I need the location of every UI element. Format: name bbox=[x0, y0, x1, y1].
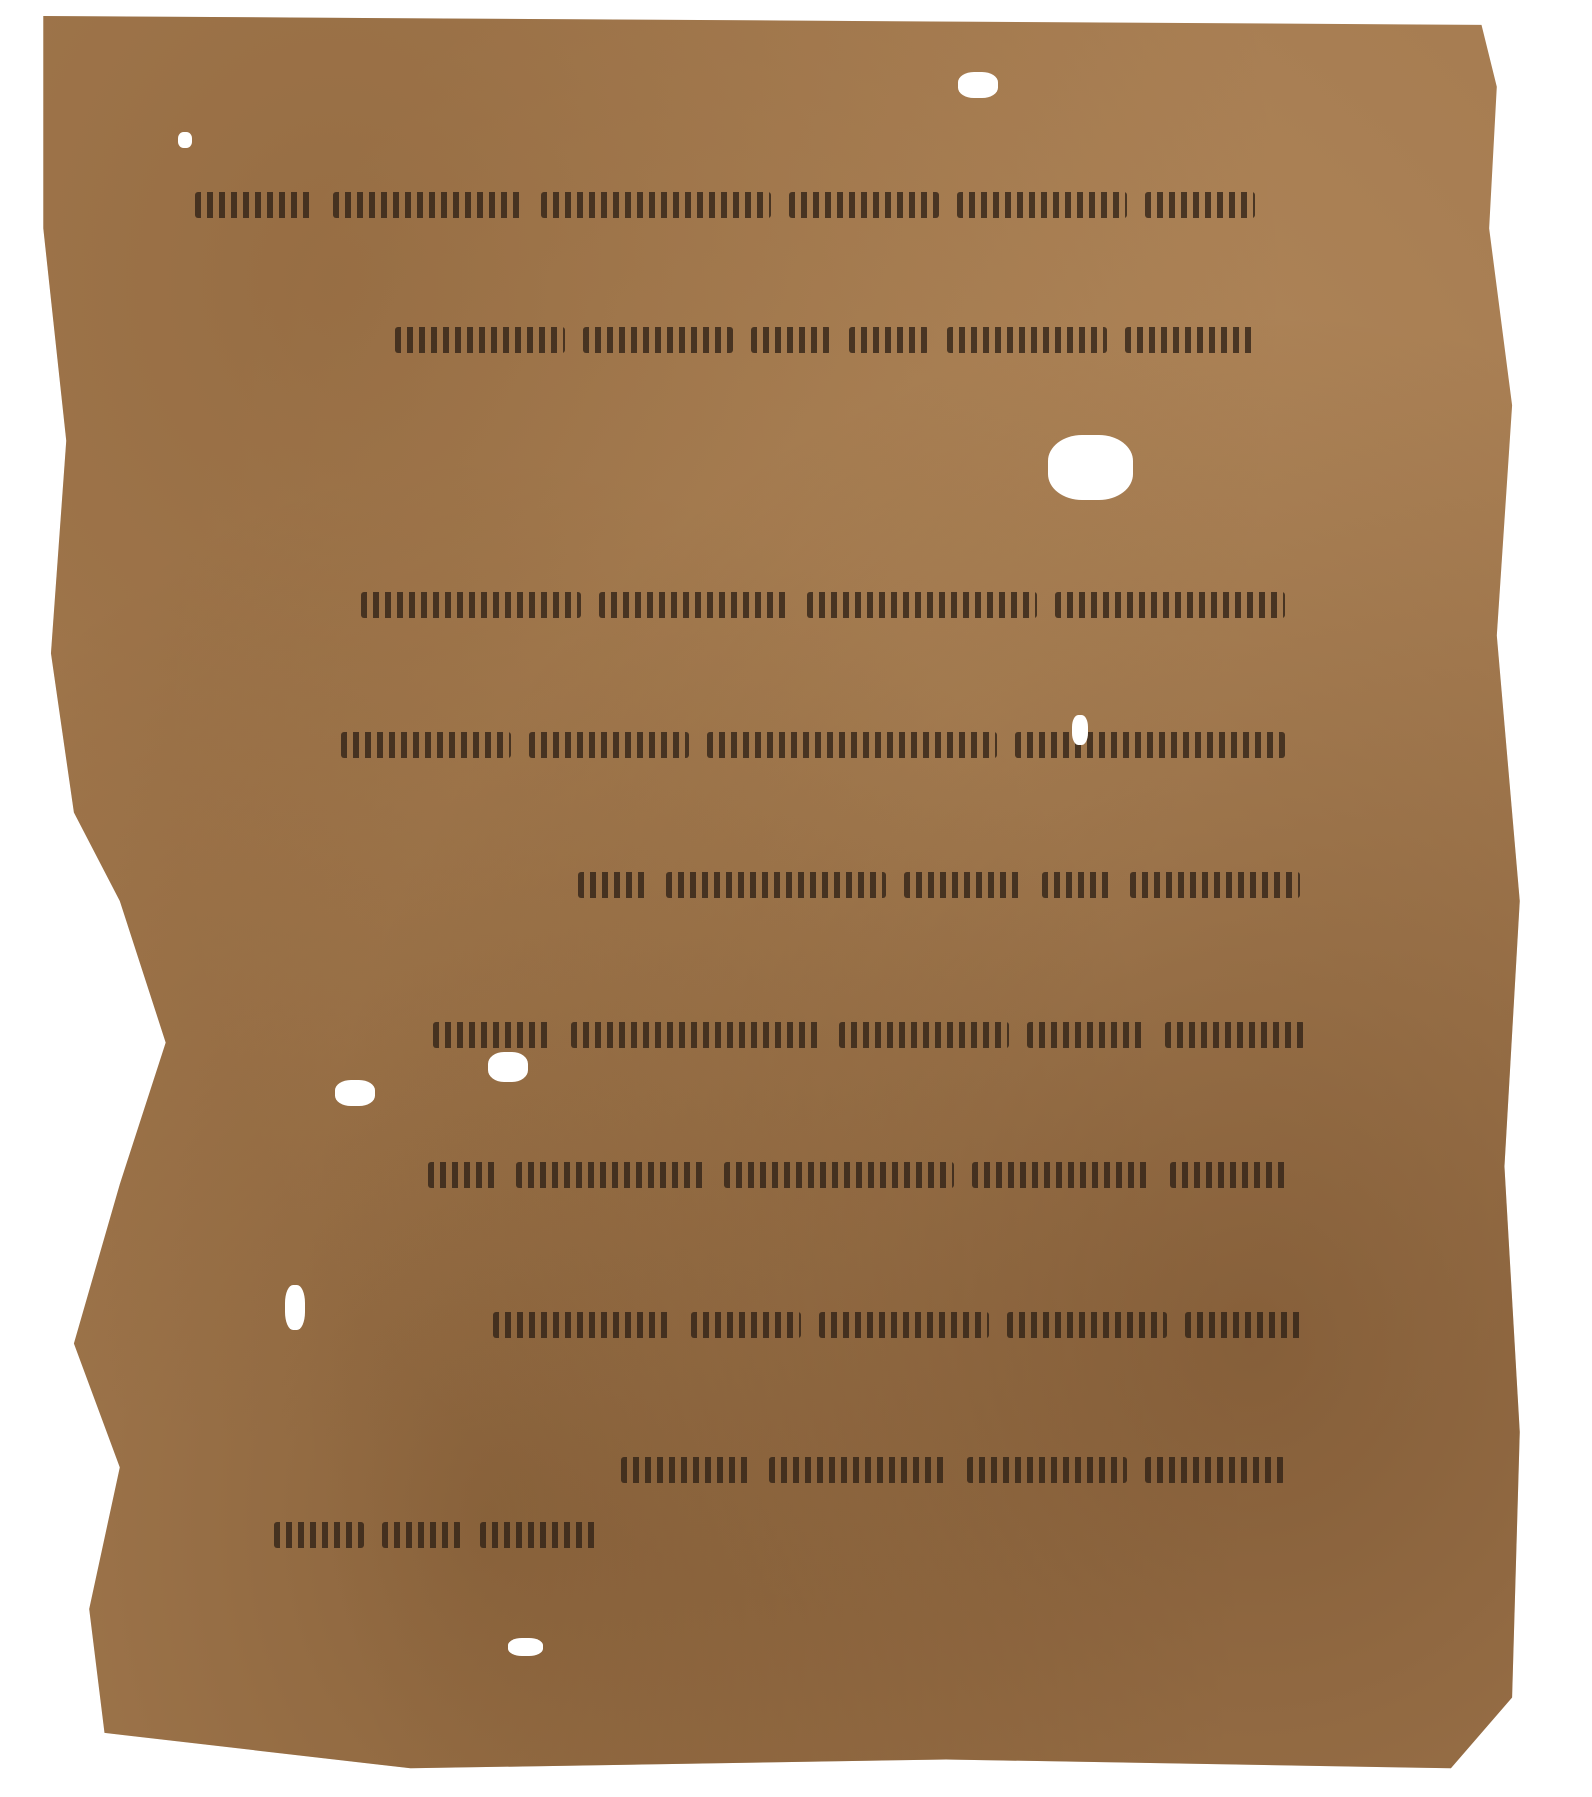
ink-word bbox=[1125, 327, 1255, 353]
parchment-hole bbox=[1048, 435, 1133, 500]
ink-word bbox=[1170, 1162, 1290, 1188]
ink-word bbox=[382, 1522, 462, 1548]
manuscript-line bbox=[200, 861, 1300, 909]
ink-word bbox=[904, 872, 1024, 898]
parchment-hole bbox=[488, 1052, 528, 1082]
ink-word bbox=[428, 1162, 498, 1188]
ink-word bbox=[967, 1457, 1127, 1483]
manuscript-line bbox=[140, 581, 1285, 629]
ink-word bbox=[599, 592, 789, 618]
manuscript-line bbox=[225, 316, 1255, 364]
manuscript-page bbox=[28, 16, 1558, 1786]
manuscript-line bbox=[140, 1511, 600, 1559]
ink-word bbox=[1055, 592, 1285, 618]
ink-word bbox=[1145, 192, 1255, 218]
parchment-hole bbox=[508, 1638, 543, 1656]
manuscript-line bbox=[300, 1446, 1285, 1494]
ink-word bbox=[541, 192, 771, 218]
ink-word bbox=[769, 1457, 949, 1483]
ink-word bbox=[691, 1312, 801, 1338]
ink-word bbox=[1042, 872, 1112, 898]
manuscript-line bbox=[140, 181, 1255, 229]
parchment-hole bbox=[1072, 715, 1088, 745]
ink-word bbox=[819, 1312, 989, 1338]
ink-word bbox=[395, 327, 565, 353]
ink-word bbox=[621, 1457, 751, 1483]
ink-word bbox=[789, 192, 939, 218]
ink-word bbox=[947, 327, 1107, 353]
ink-word bbox=[1027, 1022, 1147, 1048]
ink-word bbox=[433, 1022, 553, 1048]
ink-word bbox=[571, 1022, 821, 1048]
ink-word bbox=[751, 327, 831, 353]
ink-word bbox=[493, 1312, 673, 1338]
manuscript-line bbox=[240, 1011, 1305, 1059]
manuscript-line bbox=[240, 1301, 1305, 1349]
ink-word bbox=[666, 872, 886, 898]
ink-word bbox=[1007, 1312, 1167, 1338]
ink-word bbox=[529, 732, 689, 758]
ink-word bbox=[707, 732, 997, 758]
ink-word bbox=[583, 327, 733, 353]
parchment-hole bbox=[335, 1080, 375, 1106]
ink-word bbox=[1145, 1457, 1285, 1483]
ink-word bbox=[480, 1522, 600, 1548]
ink-word bbox=[957, 192, 1127, 218]
ink-word bbox=[839, 1022, 1009, 1048]
parchment-hole bbox=[178, 132, 192, 148]
ink-word bbox=[1185, 1312, 1305, 1338]
manuscript-line bbox=[180, 721, 1285, 769]
ink-word bbox=[274, 1522, 364, 1548]
manuscript-line bbox=[230, 1151, 1290, 1199]
ink-word bbox=[1165, 1022, 1305, 1048]
ink-word bbox=[361, 592, 581, 618]
parchment-hole bbox=[958, 72, 998, 98]
ink-word bbox=[724, 1162, 954, 1188]
ink-word bbox=[1130, 872, 1300, 898]
ink-word bbox=[333, 192, 523, 218]
ink-word bbox=[578, 872, 648, 898]
ink-word bbox=[341, 732, 511, 758]
ink-word bbox=[807, 592, 1037, 618]
ink-word bbox=[849, 327, 929, 353]
ink-word bbox=[1015, 732, 1285, 758]
ink-word bbox=[516, 1162, 706, 1188]
ink-word bbox=[195, 192, 315, 218]
parchment-hole bbox=[285, 1285, 305, 1330]
ink-word bbox=[972, 1162, 1152, 1188]
